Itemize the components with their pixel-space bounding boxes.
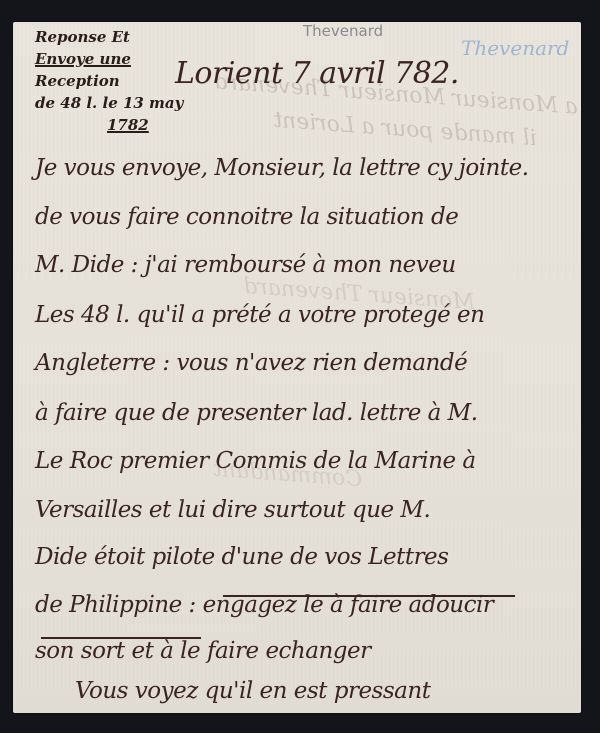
letter-line: Je vous envoye, Monsieur, la lettre cy j… <box>35 155 529 181</box>
letter-line: Dide étoit pilote d'une de vos Lettres <box>35 544 448 570</box>
letter-line: Les 48 l. qu'il a prété a votre protegé … <box>35 302 484 328</box>
bleed-through-text: il mande pour a Lorient <box>272 108 537 151</box>
letter-line: Versailles et lui dire surtout que M. <box>35 497 430 523</box>
letter-line: Vous voyez qu'il en est pressant <box>75 678 430 704</box>
pencil-annotation: Thevenard <box>303 22 383 40</box>
margin-note-line: Reception <box>35 70 183 92</box>
underline-stroke <box>41 637 201 639</box>
blue-pencil-annotation: Thevenard <box>461 36 569 60</box>
letter-paper: a Monsieur Monsieur Thevenard il mande p… <box>13 22 581 713</box>
margin-note-line: de 48 l. le 13 may <box>35 92 183 114</box>
letter-line: M. Dide : j'ai remboursé à mon neveu <box>35 252 456 278</box>
margin-note-line: Reponse Et <box>35 26 183 48</box>
letter-line: de vous faire connoitre la situation de <box>35 204 458 230</box>
letter-line: Le Roc premier Commis de la Marine à <box>35 448 476 474</box>
margin-note: Reponse Et Envoye une Reception de 48 l.… <box>35 26 183 136</box>
margin-note-line: 1782 <box>35 114 183 136</box>
letter-line: Angleterre : vous n'avez rien demandé <box>35 350 467 376</box>
margin-note-line: Envoye une <box>35 48 183 70</box>
underline-stroke <box>223 595 515 597</box>
letter-line: son sort et à le faire echanger <box>35 638 371 664</box>
letter-line: à faire que de presenter lad. lettre à M… <box>35 400 478 426</box>
dateline: Lorient 7 avril 782. <box>175 56 459 91</box>
